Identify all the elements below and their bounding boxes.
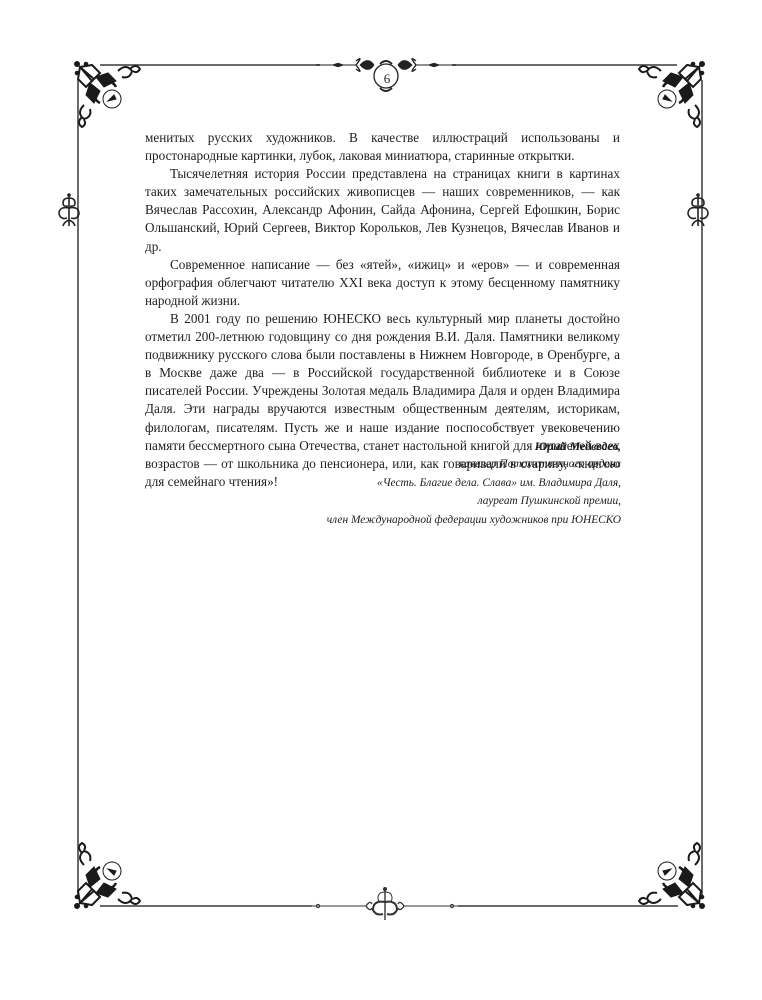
author-title-line: «Честь. Благие дела. Слава» им. Владимир…: [261, 474, 621, 492]
corner-ornament-bottom-right: [577, 781, 707, 911]
author-title-line: член Международной федерации художников …: [261, 511, 621, 529]
footer-ornament: [310, 882, 460, 922]
author-title-line: лауреат Пушкинской премии,: [261, 492, 621, 510]
fleur-ornament-left: [55, 192, 83, 228]
author-name: Юрий Медведев,: [261, 437, 621, 455]
paragraph: менитых русских художников. В качестве и…: [145, 129, 620, 165]
page-number: 6: [376, 71, 398, 87]
fleur-ornament-right: [684, 192, 712, 228]
corner-ornament-bottom-left: [72, 781, 202, 911]
paragraph: Тысячелетняя история России представлена…: [145, 165, 620, 255]
author-title-line: кавалер Потомственного ордена: [261, 455, 621, 473]
signature-block: Юрий Медведев, кавалер Потомственного ор…: [261, 437, 621, 529]
paragraph: Современное написание — без «ятей», «ижи…: [145, 256, 620, 310]
